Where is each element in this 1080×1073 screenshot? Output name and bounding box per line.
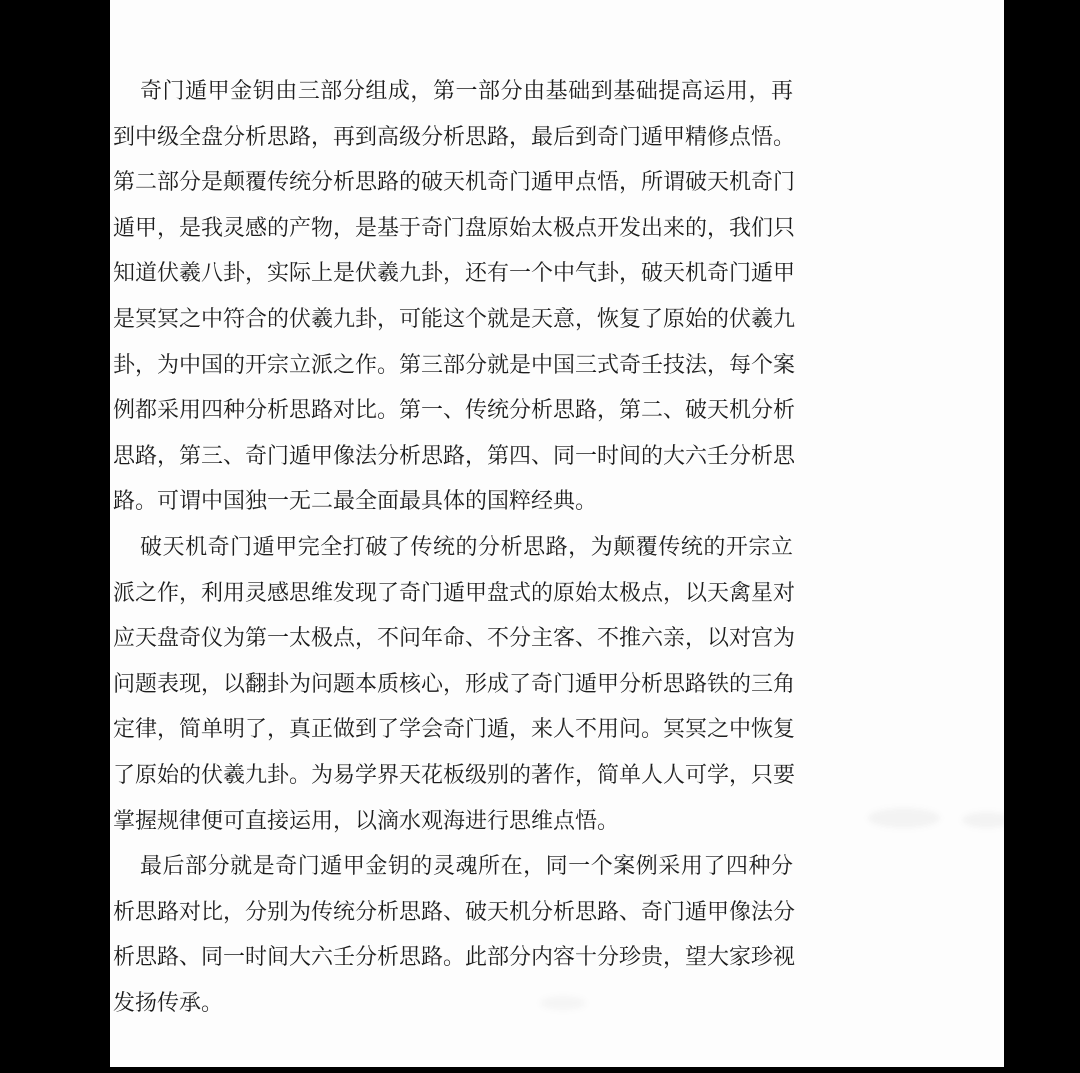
text-line: 定律，简单明了，真正做到了学会奇门遁，来人不用问。冥冥之中恢复 xyxy=(113,706,793,752)
text-line: 第二部分是颠覆传统分析思路的破天机奇门遁甲点悟，所谓破天机奇门 xyxy=(113,159,793,205)
text-line: 卦，为中国的开宗立派之作。第三部分就是中国三式奇壬技法，每个案 xyxy=(113,342,793,388)
letterbox-bottom-bar xyxy=(0,1067,1080,1073)
text-line: 了原始的伏羲九卦。为易学界天花板级别的著作，简单人人可学，只要 xyxy=(113,752,793,798)
text-line: 析思路、同一时间大六壬分析思路。此部分内容十分珍贵，望大家珍视 xyxy=(113,934,793,980)
text-line: 路。可谓中国独一无二最全面最具体的国粹经典。 xyxy=(113,478,793,524)
paragraph-2: 破天机奇门遁甲完全打破了传统的分析思路，为颠覆传统的开宗立 派之作，利用灵感思维… xyxy=(113,524,793,843)
text-line: 思路，第三、奇门遁甲像法分析思路，第四、同一时间的大六壬分析思 xyxy=(113,433,793,479)
text-line: 遁甲，是我灵感的产物，是基于奇门盘原始太极点开发出来的，我们只 xyxy=(113,205,793,251)
text-line: 破天机奇门遁甲完全打破了传统的分析思路，为颠覆传统的开宗立 xyxy=(113,524,793,570)
text-line: 最后部分就是奇门遁甲金钥的灵魂所在，同一个案例采用了四种分 xyxy=(113,843,793,889)
text-line: 发扬传承。 xyxy=(113,980,793,1026)
scan-smudge xyxy=(868,808,940,828)
letterbox-right-bar xyxy=(1004,0,1080,1073)
body-text: 奇门遁甲金钥由三部分组成，第一部分由基础到基础提高运用，再 到中级全盘分析思路，… xyxy=(113,68,793,1025)
text-line: 例都采用四种分析思路对比。第一、传统分析思路，第二、破天机分析 xyxy=(113,387,793,433)
text-line: 知道伏羲八卦，实际上是伏羲九卦，还有一个中气卦，破天机奇门遁甲 xyxy=(113,250,793,296)
text-line: 奇门遁甲金钥由三部分组成，第一部分由基础到基础提高运用，再 xyxy=(113,68,793,114)
text-line: 派之作，利用灵感思维发现了奇门遁甲盘式的原始太极点，以天禽星对 xyxy=(113,570,793,616)
text-line: 应天盘奇仪为第一太极点，不问年命、不分主客、不推六亲，以对宫为 xyxy=(113,615,793,661)
text-line: 掌握规律便可直接运用，以滴水观海进行思维点悟。 xyxy=(113,798,793,844)
letterbox-left-bar xyxy=(0,0,110,1073)
text-line: 问题表现，以翻卦为问题本质核心，形成了奇门遁甲分析思路铁的三角 xyxy=(113,661,793,707)
text-line: 是冥冥之中符合的伏羲九卦，可能这个就是天意，恢复了原始的伏羲九 xyxy=(113,296,793,342)
paragraph-1: 奇门遁甲金钥由三部分组成，第一部分由基础到基础提高运用，再 到中级全盘分析思路，… xyxy=(113,68,793,524)
paragraph-3: 最后部分就是奇门遁甲金钥的灵魂所在，同一个案例采用了四种分 析思路对比，分别为传… xyxy=(113,843,793,1025)
text-line: 析思路对比，分别为传统分析思路、破天机分析思路、奇门遁甲像法分 xyxy=(113,889,793,935)
text-line: 到中级全盘分析思路，再到高级分析思路，最后到奇门遁甲精修点悟。 xyxy=(113,114,793,160)
